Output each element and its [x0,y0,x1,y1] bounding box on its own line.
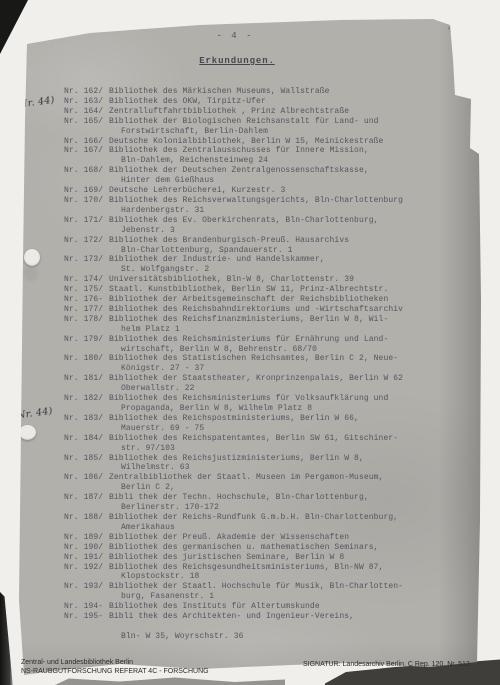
list-item: Nr. 177/Bibliothek des Reichsbahndirekto… [64,305,478,315]
entry-number: Nr. 191/ [64,553,109,563]
entry-number: Nr. 185/ [64,454,109,474]
entry-text: Staatl. Kunstbibliothek, Berlin SW 11, P… [109,285,478,295]
entry-text-line: Bibliothek des Statistischen Reichsamtes… [109,354,478,364]
entry-text: Bibliothek der Staatstheater, Kronprinze… [109,374,478,394]
entry-text: Bibliothek des Ev. Oberkirchenrats, Bln-… [109,216,478,236]
scan-edge-bottom-middle [55,675,285,685]
entry-text-line: burg, Fasanenstr. 1 [109,592,478,602]
document-page: - 4 - Erkundungen. 4 (f. Nr. 44) (f. Nr.… [0,0,500,685]
list-item: Nr. 188/Bibliothek der Reichs-Rundfunk G… [64,513,478,533]
list-item: Nr. 180/Bibliothek des Statistischen Rei… [64,354,478,374]
page-number: - 4 - [198,31,272,41]
entry-text-line: Bibliothek des Reichsfinanzministeriums,… [109,315,478,325]
entry-text-line: Bibliothek der Preuß. Akademie der Wisse… [109,533,478,543]
entry-number: Nr. 195- [64,612,109,642]
entry-text-line: Bibliothek der Arbeitsgemeinschaft der R… [109,295,478,305]
entry-text-line: Bibliothek des Reichsgesundheitsminister… [109,563,478,573]
list-item: Nr. 164/Zentralluftfahrtbibliothek , Pri… [64,107,478,117]
entry-text-line: Mauerstr. 69 - 75 [109,424,478,434]
entry-text-line: Berlin C 2, [109,483,478,493]
entry-text-line: Propaganda, Berlin W 8, Wilhelm Platz 8 [109,404,478,414]
entry-text-line: St. Wolfgangstr. 2 [109,265,478,275]
list-item: Nr. 169/Deutsche Lehrerbücherei, Kurzest… [64,186,478,196]
entry-text: Bibliothek des OKW, Tirpitz-Ufer [109,97,478,107]
entry-text: Bibliothek des Statistischen Reichsamtes… [109,354,478,374]
entry-text: Bibli thek der Techn. Hochschule, Bln-Ch… [109,493,478,513]
list-item: Nr. 195-Bibli thek des Architekten- und … [64,612,478,642]
entry-number: Nr. 167/ [64,146,109,166]
entry-text: Bibliothek des Brandenburgisch-Preuß. Ha… [109,236,478,256]
entry-number: Nr. 166/ [64,137,109,147]
entry-text: Bibliothek der Arbeitsgemeinschaft der R… [109,295,478,305]
list-item: Nr. 178/Bibliothek des Reichsfinanzminis… [64,315,478,335]
entry-number: Nr. 175/ [64,285,109,295]
entry-text-line [109,622,478,632]
list-item: Nr. 175/Staatl. Kunstbibliothek, Berlin … [64,285,478,295]
entry-text-line: Bln-Charlottenburg, Spandauerstr. 1 [109,246,478,256]
entry-text-line: Deutsche Kolonialbibliothek, Berlin W 15… [109,137,478,147]
entry-number: Nr. 194- [64,602,109,612]
scan-edge-bottom-left [0,592,15,685]
entry-text-line: Bibliothek der Deutschen Zentralgenossen… [109,166,478,176]
entry-number: Nr. 171/ [64,216,109,236]
entry-text-line: Berlinerstr. 170-172 [109,503,478,513]
entry-text-line: Bibliothek der Biologischen Reichsanstal… [109,117,478,127]
page-title: Erkundungen. [166,56,308,66]
entry-number: Nr. 168/ [64,166,109,186]
entry-number: Nr. 178/ [64,315,109,335]
entry-number: Nr. 176- [64,295,109,305]
entry-number: Nr. 180/ [64,354,109,374]
list-item: Nr. 187/Bibli thek der Techn. Hochschule… [64,493,478,513]
entry-text: Bibliothek des Reichsverwaltungsgerichts… [109,196,478,216]
entry-text-line: Bibliothek der Staatstheater, Kronprinze… [109,374,478,384]
entry-number: Nr. 192/ [64,563,109,583]
list-item: Nr. 186/Zentralbibliothek der Staatl. Mu… [64,473,478,493]
entry-number: Nr. 164/ [64,107,109,117]
list-item: Nr. 162/Bibliothek des Märkischen Museum… [64,87,478,97]
entry-text-line: Forstwirtschaft, Berlin-Dahlem [109,127,478,137]
list-item: Nr. 166/Deutsche Kolonialbibliothek, Ber… [64,137,478,147]
entry-text: Zentralluftfahrtbibliothek , Prinz Albre… [109,107,478,117]
entry-number: Nr. 179/ [64,335,109,355]
entry-text-line: Bln- W 35, Woyrschstr. 36 [109,632,478,642]
entry-list: Nr. 162/Bibliothek des Märkischen Museum… [64,87,478,642]
list-item: Nr. 182/Bibliothek des Reichsministerium… [64,394,478,414]
entry-text-line: Bibliothek des Reichsbahndirektoriums un… [109,305,478,315]
entry-text-line: Bibliothek des Reichsjustizministeriums,… [109,454,478,464]
list-item: Nr. 183/Bibliothek des Reichspostministe… [64,414,478,434]
entry-text-line: Oberwallstr. 22 [109,384,478,394]
entry-text: Bibliothek der Industrie- und Handelskam… [109,255,478,275]
entry-text-line: Bibliothek des Märkischen Museums, Walls… [109,87,478,97]
entry-text-line: Bibliothek des Reichsverwaltungsgerichts… [109,196,478,206]
list-item: Nr. 190/Bibliothek des germanischen u. m… [64,543,478,553]
entry-text-line: Bibliothek des Reichspatentamtes, Berlin… [109,434,478,444]
entry-text: Bibliothek der Staatl. Hochschule für Mu… [109,582,478,602]
entry-text-line: Amerikahaus [109,523,478,533]
entry-number: Nr. 182/ [64,394,109,414]
list-item: Nr. 194-Bibliothek des Instituts für Alt… [64,602,478,612]
list-item: Nr. 171/Bibliothek des Ev. Oberkirchenra… [64,216,478,236]
entry-number: Nr. 177/ [64,305,109,315]
entry-text: Bibliothek des Reichsministeriums für Er… [109,335,478,355]
entry-text-line: Hinter dem Gießhaus [109,176,478,186]
list-item: Nr. 181/Bibliothek der Staatstheater, Kr… [64,374,478,394]
list-item: Nr. 179/Bibliothek des Reichsministerium… [64,335,478,355]
entry-number: Nr. 162/ [64,87,109,97]
entry-number: Nr. 163/ [64,97,109,107]
entry-text-line: Bibliothek der Staatl. Hochschule für Mu… [109,582,478,592]
entry-text: Zentralbibliothek der Staatl. Museen im … [109,473,478,493]
list-item: Nr. 172/Bibliothek des Brandenburgisch-P… [64,236,478,256]
entry-text-line: Bibliothek des Brandenburgisch-Preuß. Ha… [109,236,478,246]
list-item: Nr. 170/Bibliothek des Reichsverwaltungs… [64,196,478,216]
entry-text: Bibliothek der Biologischen Reichsanstal… [109,117,478,137]
margin-note: (f. Nr. 44) [2,406,53,424]
list-item: Nr. 193/Bibliothek der Staatl. Hochschul… [64,582,478,602]
entry-text-line: Bibliothek des Reichsministeriums für Er… [109,335,478,345]
entry-text: Bibliothek der Deutschen Zentralgenossen… [109,166,478,186]
entry-number: Nr. 181/ [64,374,109,394]
archive-signature: SIGNATUR: Landesarchiv Berlin, C Rep. 12… [303,661,470,668]
entry-text: Universitätsbibliothek, Bln-W 8, Charlot… [109,275,478,285]
entry-text-line: Bibli thek des Architekten- und Ingenieu… [109,612,478,622]
entry-text: Bibliothek des Zentralausschusses für In… [109,146,478,166]
entry-text: Bibliothek des Märkischen Museums, Walls… [109,87,478,97]
entry-text: Bibliothek des Instituts für Altertumsku… [109,602,478,612]
entry-text: Bibliothek der Reichs-Rundfunk G.m.b.H. … [109,513,478,533]
entry-text-line: Königstr. 27 - 37 [109,364,478,374]
entry-number: Nr. 170/ [64,196,109,216]
entry-text: Bibliothek des Reichsfinanzministeriums,… [109,315,478,335]
archive-stamp-left: Zentral- und Landesbibliothek Berlin NS-… [21,659,209,676]
list-item: Nr. 173/Bibliothek der Industrie- und Ha… [64,255,478,275]
entry-text-line: Bibliothek des OKW, Tirpitz-Ufer [109,97,478,107]
entry-text: Bibliothek des juristischen Seminare, Be… [109,553,478,563]
entry-text-line: Bibliothek des germanischen u. mathemati… [109,543,478,553]
punch-hole [19,425,36,440]
entry-text: Bibliothek des Reichspatentamtes, Berlin… [109,434,478,454]
entry-number: Nr. 190/ [64,543,109,553]
entry-text-line: Bibliothek des Zentralausschusses für In… [109,146,478,156]
entry-text: Deutsche Kolonialbibliothek, Berlin W 15… [109,137,478,147]
entry-text-line: Bibliothek des Reichsministeriums für Vo… [109,394,478,404]
entry-text-line: Deutsche Lehrerbücherei, Kurzestr. 3 [109,186,478,196]
entry-text-line: helm Platz 1 [109,325,478,335]
entry-number: Nr. 186/ [64,473,109,493]
entry-number: Nr. 184/ [64,434,109,454]
punch-hole [24,249,40,266]
entry-text-line: Bibliothek des Reichspostministeriums, B… [109,414,478,424]
list-item: Nr. 163/Bibliothek des OKW, Tirpitz-Ufer [64,97,478,107]
list-item: Nr. 167/Bibliothek des Zentralausschusse… [64,146,478,166]
handwritten-tick-mark [12,441,20,450]
list-item: Nr. 168/Bibliothek der Deutschen Zentral… [64,166,478,186]
entry-text-line: wirtschaft, Berlin W 8, Behrenstr. 68/70 [109,345,478,355]
list-item: Nr. 185/Bibliothek des Reichsjustizminis… [64,454,478,474]
entry-text-line: Bibli thek der Techn. Hochschule, Bln-Ch… [109,493,478,503]
entry-text-line: Bibliothek des Ev. Oberkirchenrats, Bln-… [109,216,478,226]
entry-text-line: Bibliothek der Reichs-Rundfunk G.m.b.H. … [109,513,478,523]
entry-number: Nr. 172/ [64,236,109,256]
entry-number: Nr. 188/ [64,513,109,533]
list-item: Nr. 192/Bibliothek des Reichsgesundheits… [64,563,478,583]
entry-text: Bibliothek des Reichsministeriums für Vo… [109,394,478,414]
entry-text: Bibliothek des Reichsgesundheitsminister… [109,563,478,583]
list-item: Nr. 189/Bibliothek der Preuß. Akademie d… [64,533,478,543]
entry-number: Nr. 174/ [64,275,109,285]
entry-number: Nr. 187/ [64,493,109,513]
entry-text: Bibliothek des Reichsbahndirektoriums un… [109,305,478,315]
entry-text-line: Jebenstr. 3 [109,226,478,236]
entry-text-line: Bibliothek des juristischen Seminare, Be… [109,553,478,563]
entry-text-line: Zentralbibliothek der Staatl. Museen im … [109,473,478,483]
list-item: Nr. 191/Bibliothek des juristischen Semi… [64,553,478,563]
entry-text-line: Wilhelmstr. 63 [109,463,478,473]
entry-text: Bibliothek des germanischen u. mathemati… [109,543,478,553]
entry-text: Bibliothek der Preuß. Akademie der Wisse… [109,533,478,543]
entry-text-line: Universitätsbibliothek, Bln-W 8, Charlot… [109,275,478,285]
entry-number: Nr. 193/ [64,582,109,602]
archive-department: NS-RAUBGUTFORSCHUNG REFERAT 4C - FORSCHU… [21,668,209,677]
entry-text-line: Klopstockstr. 18 [109,572,478,582]
entry-text: Bibli thek des Architekten- und Ingenieu… [109,612,478,642]
entry-text-line: Bln-Dahlem, Reichensteinweg 24 [109,156,478,166]
entry-text: Deutsche Lehrerbücherei, Kurzestr. 3 [109,186,478,196]
list-item: Nr. 174/Universitätsbibliothek, Bln-W 8,… [64,275,478,285]
handwritten-corner-number: 4 [447,20,458,36]
entry-number: Nr. 183/ [64,414,109,434]
entry-number: Nr. 169/ [64,186,109,196]
entry-text-line: Zentralluftfahrtbibliothek , Prinz Albre… [109,107,478,117]
list-item: Nr. 165/Bibliothek der Biologischen Reic… [64,117,478,137]
entry-text: Bibliothek des Reichsjustizministeriums,… [109,454,478,474]
archive-institution: Zentral- und Landesbibliothek Berlin [21,659,209,668]
list-item: Nr. 176-Bibliothek der Arbeitsgemeinscha… [64,295,478,305]
punch-hole-shadow [23,267,38,281]
entry-number: Nr. 189/ [64,533,109,543]
entry-text-line: str. 97/103 [109,444,478,454]
entry-text: Bibliothek des Reichspostministeriums, B… [109,414,478,434]
entry-number: Nr. 165/ [64,117,109,137]
scanned-document: - 4 - Erkundungen. 4 (f. Nr. 44) (f. Nr.… [0,0,500,685]
scan-edge-top-left [0,0,28,54]
entry-text-line: Bibliothek des Instituts für Altertumsku… [109,602,478,612]
entry-text-line: Staatl. Kunstbibliothek, Berlin SW 11, P… [109,285,478,295]
entry-text-line: Bibliothek der Industrie- und Handelskam… [109,255,478,265]
entry-text-line: Hardenbergstr. 31 [109,206,478,216]
margin-note: (f. Nr. 44) [4,95,55,113]
list-item: Nr. 184/Bibliothek des Reichspatentamtes… [64,434,478,454]
entry-number: Nr. 173/ [64,255,109,275]
